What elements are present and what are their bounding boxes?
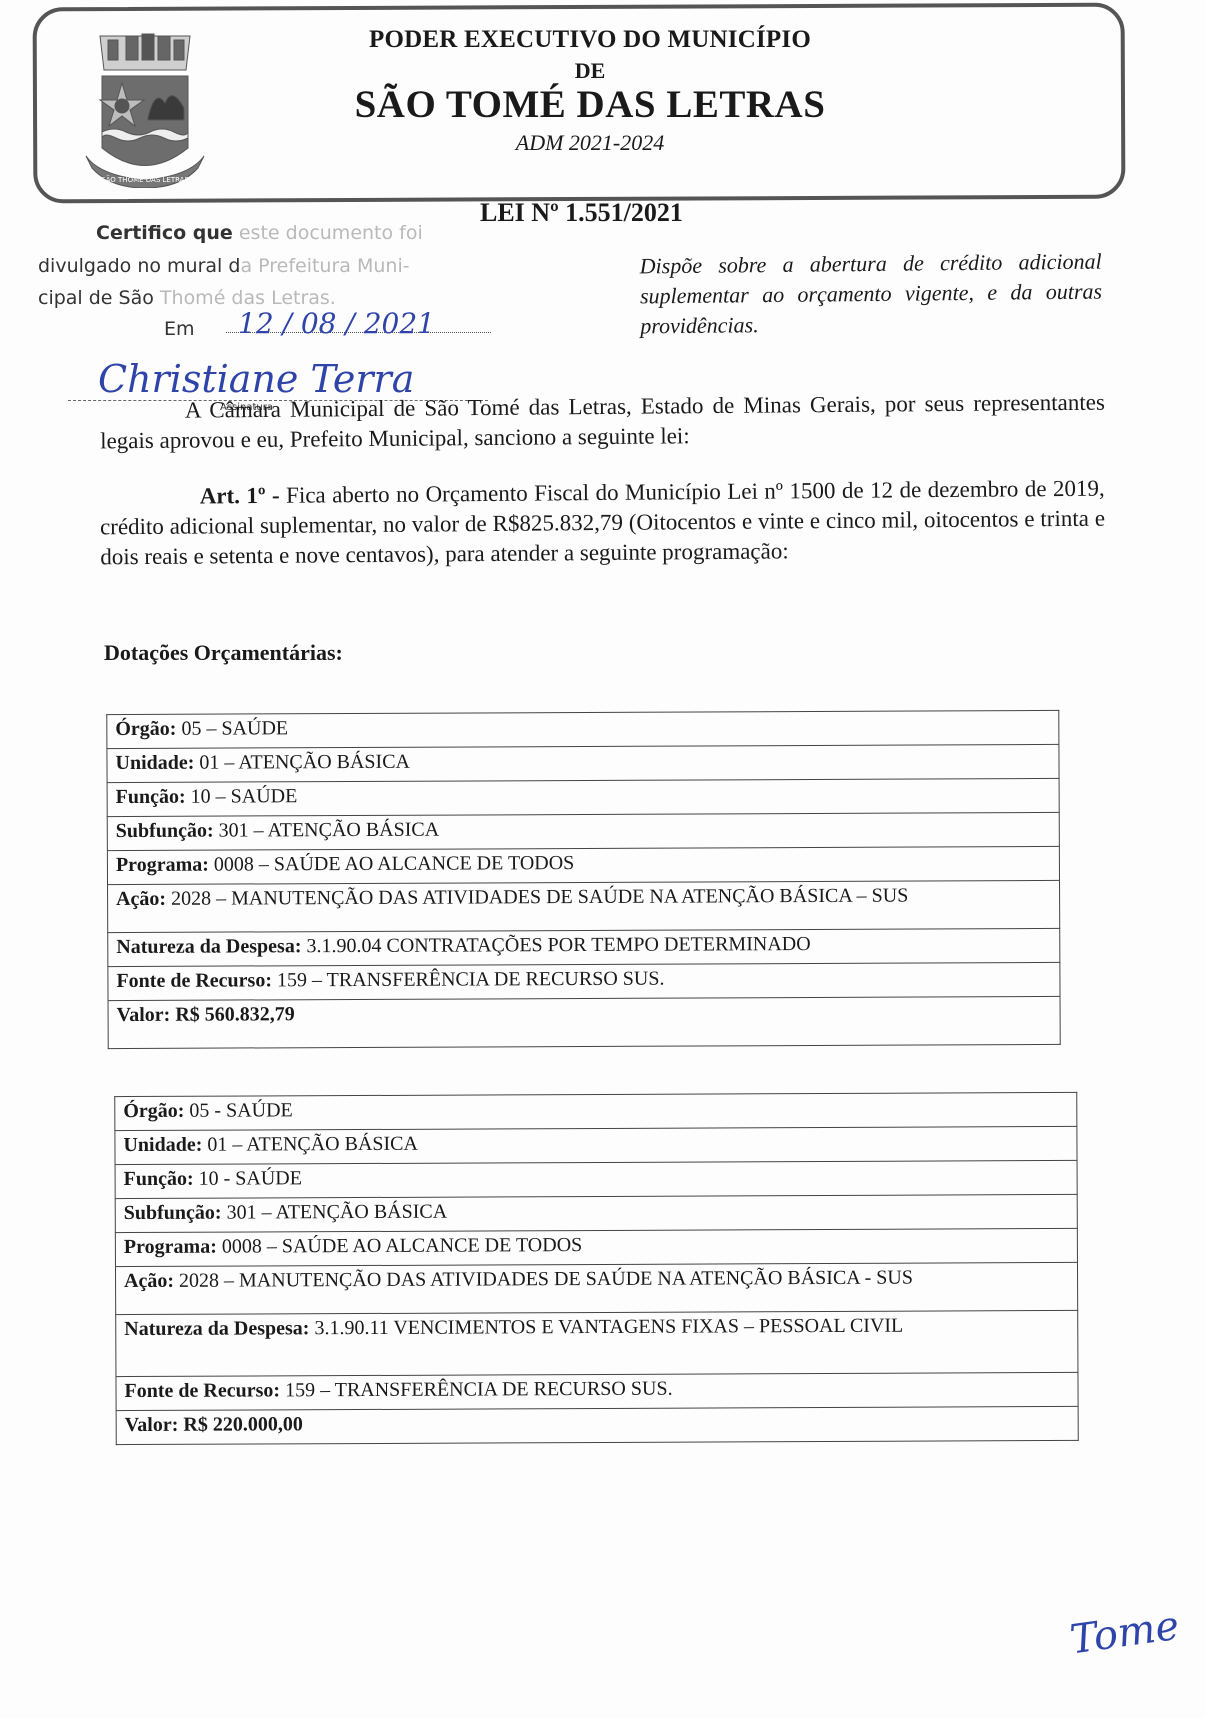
table-row: Fonte de Recurso: 159 – TRANSFERÊNCIA DE…	[116, 1372, 1078, 1410]
administration-period: ADM 2021-2024	[290, 130, 890, 156]
table-row: Valor: R$ 220.000,00	[116, 1406, 1078, 1444]
table-row: Unidade: 01 – ATENÇÃO BÁSICA	[115, 1126, 1077, 1164]
municipal-crest-icon: SÃO THOMÉ DAS LETRAS	[80, 28, 210, 188]
table-row: Órgão: 05 – SAÚDE	[107, 710, 1059, 748]
handwritten-date: 12 / 08 / 2021	[238, 307, 435, 340]
budget-allocation-table-1: Órgão: 05 – SAÚDE Unidade: 01 – ATENÇÃO …	[106, 710, 1060, 1049]
table-row: Unidade: 01 – ATENÇÃO BÁSICA	[107, 744, 1059, 782]
preamble-paragraph: A Câmara Municipal de São Tomé das Letra…	[100, 388, 1105, 457]
article-1-paragraph: Art. 1º - Fica aberto no Orçamento Fisca…	[100, 474, 1106, 573]
table-row: Órgão: 05 - SAÚDE	[115, 1092, 1077, 1130]
law-title: LEI Nº 1.551/2021	[480, 198, 683, 228]
law-ementa: Dispõe sobre a abertura de crédito adici…	[640, 247, 1103, 342]
handwritten-rubric: Tome	[1067, 1603, 1182, 1664]
stamp-line-2: divulgado no mural da Prefeitura Muni-	[38, 255, 410, 277]
table-row: Natureza da Despesa: 3.1.90.04 CONTRATAÇ…	[108, 928, 1060, 966]
table-row: Subfunção: 301 – ATENÇÃO BÁSICA	[107, 812, 1059, 850]
header-line-2: DE	[290, 58, 890, 84]
article-1-label: Art. 1º -	[200, 483, 280, 509]
table-row: Valor: R$ 560.832,79	[108, 996, 1060, 1048]
section-title: Dotações Orçamentárias:	[104, 640, 343, 666]
table-row: Subfunção: 301 – ATENÇÃO BÁSICA	[115, 1194, 1077, 1232]
table-row: Fonte de Recurso: 159 – TRANSFERÊNCIA DE…	[108, 962, 1060, 1000]
table-row: Ação: 2028 – MANUTENÇÃO DAS ATIVIDADES D…	[108, 880, 1060, 932]
budget-allocation-table-2: Órgão: 05 - SAÚDE Unidade: 01 – ATENÇÃO …	[114, 1092, 1079, 1445]
svg-text:SÃO THOMÉ DAS LETRAS: SÃO THOMÉ DAS LETRAS	[101, 175, 189, 184]
municipality-name: SÃO TOMÉ DAS LETRAS	[290, 82, 890, 127]
stamp-line-1: Certifico que este documento foi	[96, 222, 423, 244]
table-row: Função: 10 - SAÚDE	[115, 1160, 1077, 1198]
table-row: Natureza da Despesa: 3.1.90.11 VENCIMENT…	[116, 1310, 1078, 1376]
header-line-1: PODER EXECUTIVO DO MUNICÍPIO	[290, 26, 890, 54]
table-row: Programa: 0008 – SAÚDE AO ALCANCE DE TOD…	[107, 846, 1059, 884]
table-row: Programa: 0008 – SAÚDE AO ALCANCE DE TOD…	[115, 1228, 1077, 1266]
table-row: Ação: 2028 – MANUTENÇÃO DAS ATIVIDADES D…	[115, 1262, 1077, 1314]
stamp-line-3: cipal de São Thomé das Letras.	[38, 287, 336, 309]
stamp-date-prefix: Em	[164, 318, 195, 340]
table-row: Função: 10 – SAÚDE	[107, 778, 1059, 816]
